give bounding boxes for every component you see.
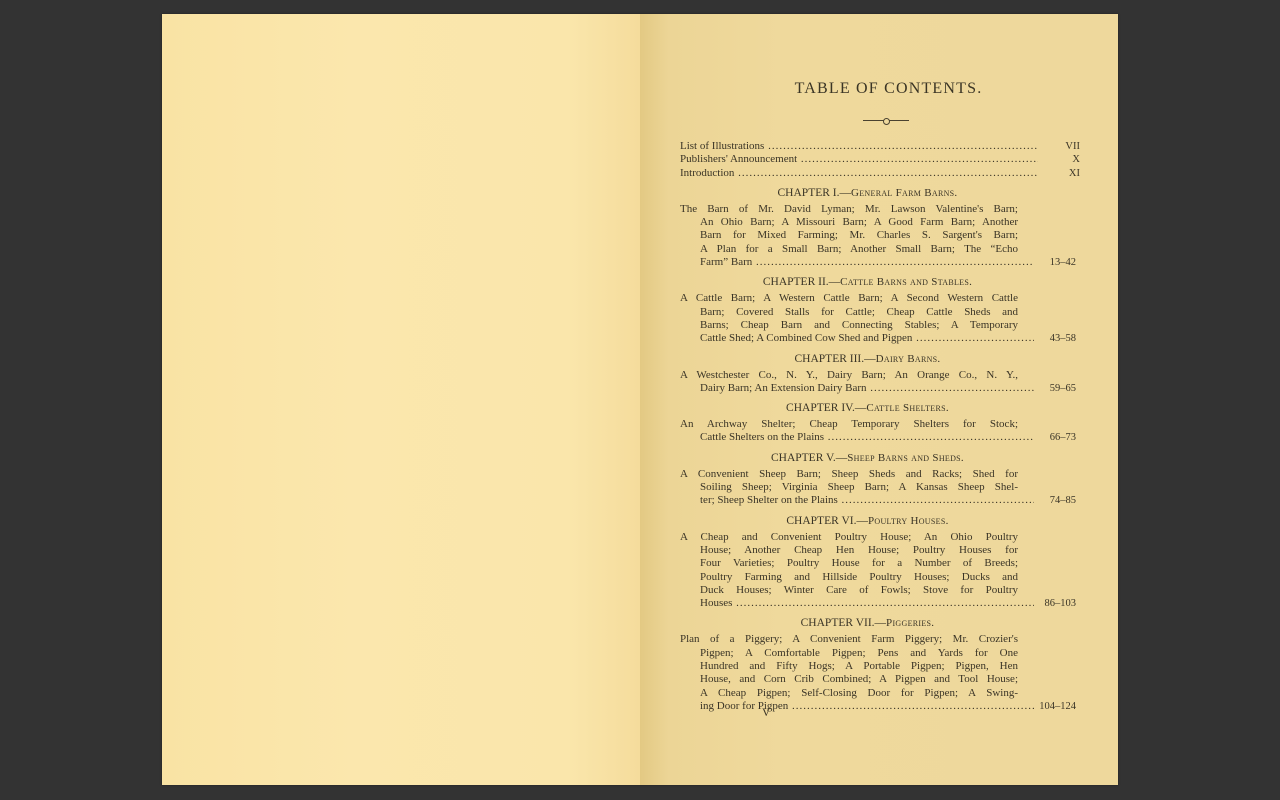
page-range: 86–103 [1034,597,1076,610]
chapter-contents: An Archway Shelter; Cheap Temporary Shel… [680,418,1080,445]
chapter-heading: CHAPTER IV.—Cattle Shelters. [680,401,1055,415]
page-title: TABLE OF CONTENTS. [680,80,1097,98]
page-range: 43–58 [1034,332,1076,345]
ornament-rule-icon [863,118,909,124]
chapter-contents: A Cattle Barn; A Western Cattle Barn; A … [680,292,1080,345]
left-page-blank [162,14,640,785]
right-page-toc: TABLE OF CONTENTS. List of Illustrations… [640,14,1118,785]
chapter-contents: A Westchester Co., N. Y., Dairy Barn; An… [680,369,1080,396]
chapter-contents: A Cheap and Convenient Poultry House; An… [680,531,1080,611]
page-number: V [762,707,770,719]
toc-entry-illustrations: List of Illustrations VII [680,140,1080,153]
chapter-heading: CHAPTER VI.—Poultry Houses. [680,514,1055,528]
chapter-heading: CHAPTER II.—Cattle Barns and Stables. [680,275,1055,289]
chapter-heading: CHAPTER VII.—Piggeries. [680,616,1055,630]
page-range: 13–42 [1034,256,1076,269]
chapter-heading: CHAPTER V.—Sheep Barns and Sheds. [680,451,1055,465]
book-spread: TABLE OF CONTENTS. List of Illustrations… [162,14,1118,785]
toc-entry-introduction: Introduction XI [680,167,1080,180]
chapter-heading: CHAPTER III.—Dairy Barns. [680,352,1055,366]
chapter-heading: CHAPTER I.—General Farm Barns. [680,186,1055,200]
toc-entry-announcement: Publishers' Announcement X [680,153,1080,166]
page-range: 104–124 [1034,700,1076,713]
chapter-contents: A Convenient Sheep Barn; Sheep Sheds and… [680,468,1080,508]
page-range: 66–73 [1034,431,1076,444]
toc-entries: List of Illustrations VII Publishers' An… [680,140,1080,713]
chapter-contents: The Barn of Mr. David Lyman; Mr. Lawson … [680,203,1080,269]
page-range: 59–65 [1034,382,1076,395]
page-range: 74–85 [1034,494,1076,507]
chapter-contents: Plan of a Piggery; A Convenient Farm Pig… [680,633,1080,713]
